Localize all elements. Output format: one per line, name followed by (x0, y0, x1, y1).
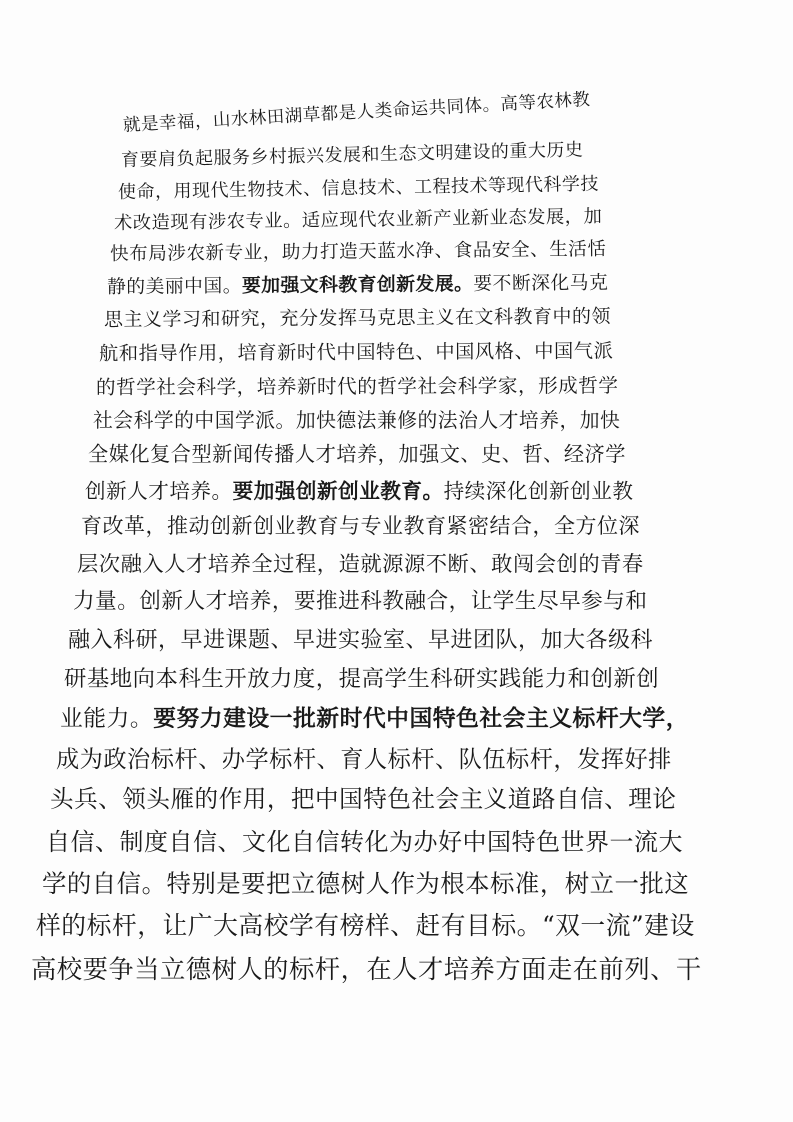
line-19-seg-1: 成为政治标杆、办学标杆、育人标杆、队伍标杆，发挥好排 (56, 746, 672, 773)
scanned-document-page: 就是幸福，山水林田湖草都是人类命运共同体。高等农林教 育要肩负起服务乡村振兴发展… (0, 0, 793, 1122)
line-12-bold-heading: 要加强创新创业教育。 (233, 479, 444, 503)
line-6-seg-3: 要不断深化马克 (473, 273, 608, 295)
text-line-4: 术改造现有涉农专业。适应现代农业新产业新业态发展，加 (114, 202, 603, 235)
text-line-12: 创新人才培养。要加强创新创业教育。持续深化创新创业教 (85, 474, 633, 504)
line-8-seg-1: 航和指导作用，培育新时代中国特色、中国风格、中国气派 (99, 339, 613, 365)
line-3-seg-1: 使命，用现代生物技术、信息技术、工程技术等现代科学技 (118, 174, 599, 203)
text-line-20: 头兵、领头雁的作用，把中国特色社会主义道路自信、理论 (50, 780, 676, 814)
line-23-seg-1: 样的标杆，让广大高校学有榜样、赶有目标。“双一流”建设 (36, 911, 695, 940)
line-9-seg-1: 的哲学社会科学，培养新时代的哲学社会科学家，形成哲学 (96, 374, 619, 399)
text-line-8: 航和指导作用，培育新时代中国特色、中国风格、中国气派 (99, 335, 613, 366)
text-line-14: 层次融入人才培养全过程，造就源源不断、敢闯会创的青春 (77, 547, 644, 578)
text-line-5: 快布局涉农新专业，助力打造天蓝水净、食品安全、生活恬 (110, 235, 607, 266)
text-line-3: 使命，用现代生物技术、信息技术、工程技术等现代科学技 (118, 170, 599, 204)
line-21-seg-1: 自信、制度自信、文化自信转化为办好中国特色世界一流大 (46, 828, 683, 856)
line-12-seg-3: 持续深化创新创业教 (444, 479, 634, 503)
text-line-18: 业能力。要努力建设一批新时代中国特色社会主义标杆大学， (60, 700, 689, 733)
line-16-seg-1: 融入科研，早进课题、早进实验室、早进团队，加大各级科 (68, 628, 653, 653)
line-15-seg-1: 力量。创新人才培养，要推进科教融合，让学生尽早参与和 (73, 589, 647, 614)
text-line-21: 自信、制度自信、文化自信转化为办好中国特色世界一流大 (46, 822, 683, 857)
line-17-seg-1: 研基地向本科生开放力度，提高学生科研实践能力和创新创 (64, 666, 659, 692)
text-line-10: 社会科学的中国学派。加快德法兼修的法治人才培养，加快 (93, 404, 620, 433)
text-line-6: 静的美丽中国。要加强文科教育创新发展。要不断深化马克 (107, 268, 609, 299)
line-11-seg-1: 全媒化复合型新闻传播人才培养，加强文、史、哲、经济学 (88, 442, 626, 466)
line-20-seg-1: 头兵、领头雁的作用，把中国特色社会主义道路自信、理论 (50, 785, 676, 813)
text-line-24: 高校要争当立德树人的标杆，在人才培养方面走在前列、干 (31, 950, 702, 986)
line-6-seg-1: 静的美丽中国。 (107, 276, 242, 298)
text-line-15: 力量。创新人才培养，要推进科教融合，让学生尽早参与和 (73, 584, 647, 615)
line-18-bold-heading: 要努力建设一批新时代中国特色社会主义标杆大学， (153, 706, 689, 732)
line-10-seg-1: 社会科学的中国学派。加快德法兼修的法治人才培养，加快 (93, 409, 620, 432)
line-14-seg-1: 层次融入人才培养全过程，造就源源不断、敢闯会创的青春 (77, 552, 644, 577)
text-line-9: 的哲学社会科学，培养新时代的哲学社会科学家，形成哲学 (96, 369, 619, 400)
line-22-seg-1: 学的自信。特别是要把立德树人作为根本标准，树立一批这 (42, 869, 689, 898)
line-2-seg-1: 育要肩负起服务乡村振兴发展和生态文明建设的重大历史 (121, 140, 584, 171)
line-13-seg-1: 育改革，推动创新创业教育与专业教育紧密结合，全方位深 (81, 514, 640, 538)
text-line-19: 成为政治标杆、办学标杆、育人标杆、队伍标杆，发挥好排 (56, 740, 672, 774)
line-4-seg-1: 术改造现有涉农专业。适应现代农业新产业新业态发展，加 (114, 206, 603, 234)
text-line-11: 全媒化复合型新闻传播人才培养，加强文、史、哲、经济学 (88, 438, 626, 467)
line-7-seg-1: 思主义学习和研究，充分发挥马克思主义在文科教育中的领 (104, 305, 611, 331)
line-12-seg-1: 创新人才培养。 (85, 479, 233, 503)
text-line-2: 育要肩负起服务乡村振兴发展和生态文明建设的重大历史 (121, 136, 584, 172)
line-24-seg-1: 高校要争当立德树人的标杆，在人才培养方面走在前列、干 (31, 955, 702, 984)
line-5-seg-1: 快布局涉农新专业，助力打造天蓝水净、食品安全、生活恬 (110, 239, 607, 265)
text-line-7: 思主义学习和研究，充分发挥马克思主义在文科教育中的领 (104, 301, 611, 332)
line-18-seg-1: 业能力。 (60, 706, 153, 732)
text-line-1: 就是幸福，山水林田湖草都是人类命运共同体。高等农林教 (122, 86, 591, 137)
line-1-seg-1: 就是幸福，山水林田湖草都是人类命运共同体。高等农林教 (123, 90, 591, 136)
text-line-23: 样的标杆，让广大高校学有榜样、赶有目标。“双一流”建设 (36, 906, 695, 942)
text-line-17: 研基地向本科生开放力度，提高学生科研实践能力和创新创 (64, 661, 659, 693)
text-line-13: 育改革，推动创新创业教育与专业教育紧密结合，全方位深 (81, 510, 640, 540)
text-line-16: 融入科研，早进课题、早进实验室、早进团队，加大各级科 (68, 623, 653, 654)
line-6-bold-heading: 要加强文科教育创新发展。 (242, 273, 474, 297)
text-line-22: 学的自信。特别是要把立德树人作为根本标准，树立一批这 (42, 864, 689, 899)
